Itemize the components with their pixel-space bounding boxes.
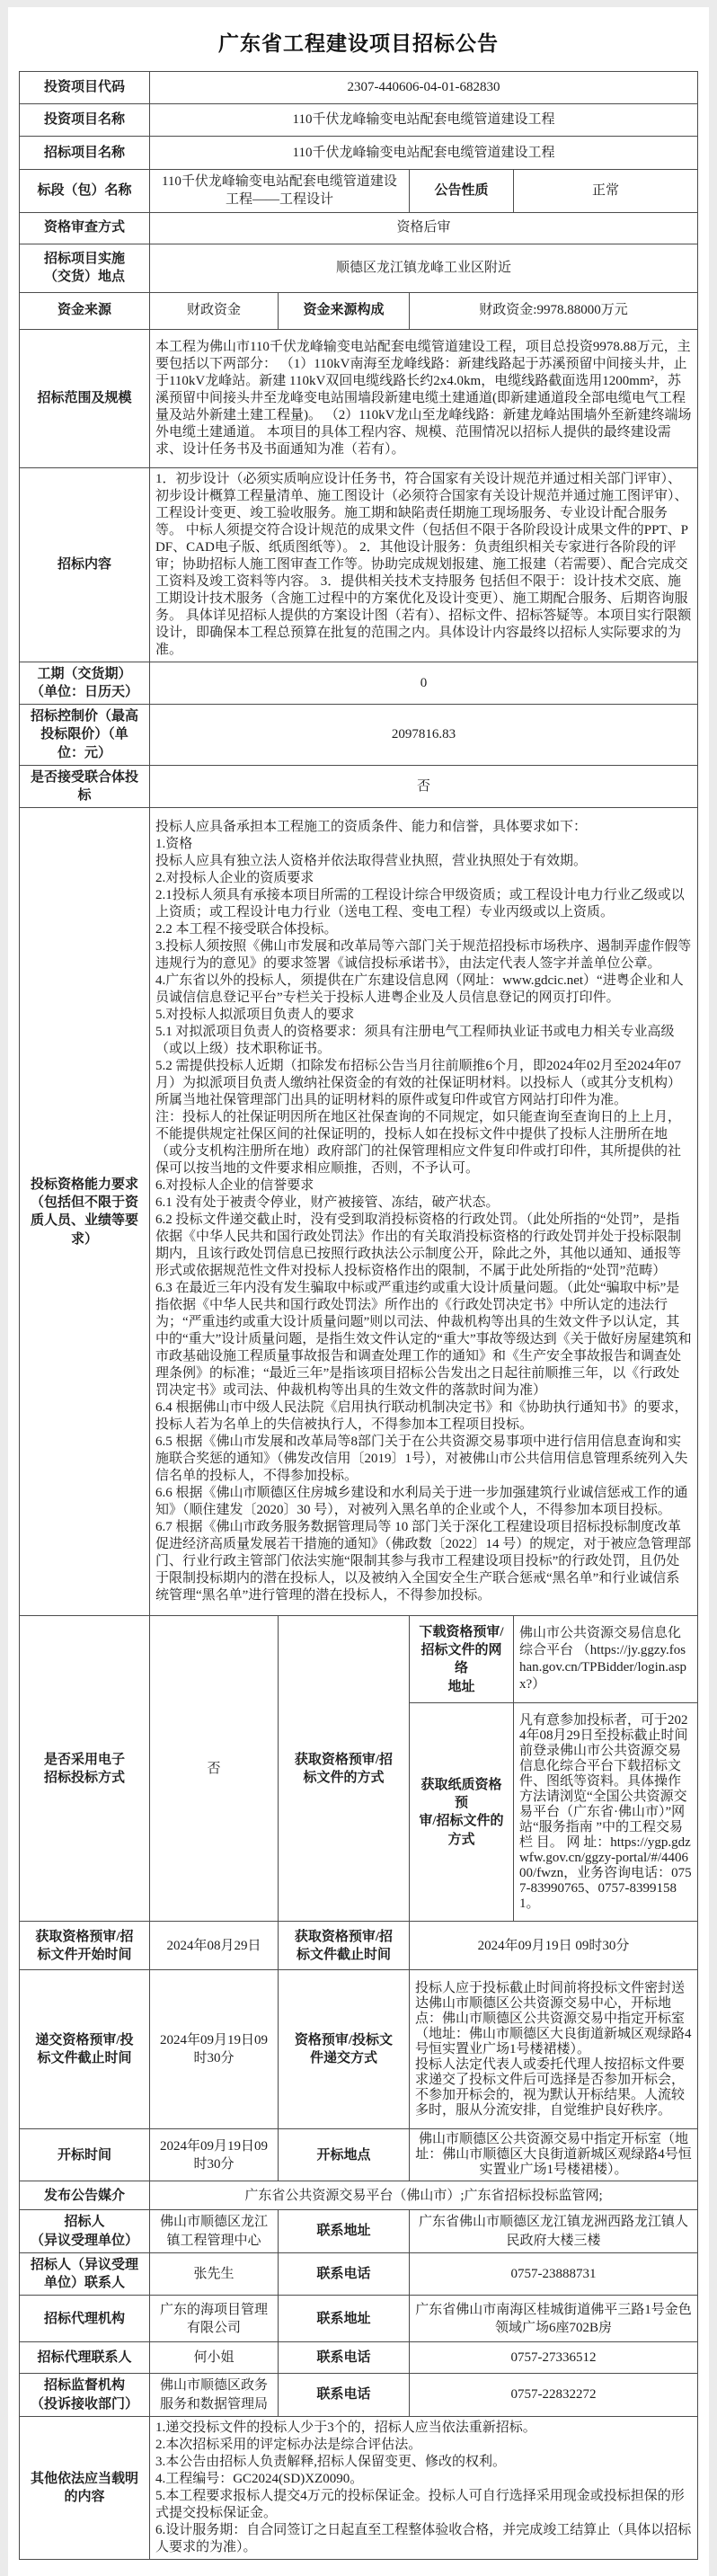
- value-funding-composition: 财政资金:9978.88000万元: [409, 292, 697, 329]
- announcement-page: 广东省工程建设项目招标公告 投资项目代码 2307-440606-04-01-6…: [8, 7, 709, 2576]
- label-opening-time: 开标时间: [19, 2129, 149, 2181]
- label-agency-contact: 招标代理联系人: [19, 2342, 149, 2374]
- label-download-url: 下载资格预审/ 招标文件的网络 地址: [409, 1616, 513, 1703]
- row-agency-contact: 招标代理联系人 何小姐 联系电话 0757-27336512: [19, 2342, 697, 2374]
- row-control-price: 招标控制价（最高 投标限价）（单 位：元） 2097816.83: [19, 705, 697, 766]
- value-location: 顺德区龙江镇龙峰工业区附近: [149, 244, 697, 292]
- value-scope: 本工程为佛山市110千伏龙峰输变电站配套电缆管道建设工程，项目总投资9978.8…: [149, 329, 697, 467]
- row-project-code: 投资项目代码 2307-440606-04-01-682830: [19, 72, 697, 104]
- label-funding-composition: 资金来源构成: [278, 292, 409, 329]
- label-obtain-end: 获取资格预审/招 标文件截止时间: [278, 1922, 409, 1970]
- row-scope: 招标范围及规模 本工程为佛山市110千伏龙峰输变电站配套电缆管道建设工程，项目总…: [19, 329, 697, 467]
- value-media: 广东省公共资源交易平台（佛山市）;广东省招标投标监管网;: [149, 2181, 697, 2210]
- value-invest-name: 110千伏龙峰输变电站配套电缆管道建设工程: [149, 104, 697, 137]
- label-invest-name: 投资项目名称: [19, 104, 149, 137]
- row-funding: 资金来源 财政资金 资金来源构成 财政资金:9978.88000万元: [19, 292, 697, 329]
- value-submit-method: 投标人应于投标截止时间前将投标文件密封送达佛山市顺德区公共资源交易中心，开标地点…: [409, 1970, 697, 2129]
- row-media: 发布公告媒介 广东省公共资源交易平台（佛山市）;广东省招标投标监管网;: [19, 2181, 697, 2210]
- value-supervisor-phone: 0757-22832272: [409, 2374, 697, 2417]
- row-content: 招标内容 1．初步设计（必须实质响应设计任务书，符合国家有关设计规范并通过相关部…: [19, 467, 697, 662]
- value-obtain-end: 2024年09月19日 09时30分: [409, 1922, 697, 1970]
- row-opening: 开标时间 2024年09月19日09时30分 开标地点 佛山市顺德区公共资源交易…: [19, 2129, 697, 2181]
- label-obtain-method: 获取资格预审/招 标文件的方式: [278, 1616, 409, 1922]
- row-tenderer: 招标人 （异议受理单位） 佛山市顺德区龙江镇工程管理中心 联系地址 广东省佛山市…: [19, 2210, 697, 2253]
- value-download-url: 佛山市公共资源交易信息化综合平台 （https://jy.ggzy.foshan…: [513, 1616, 697, 1703]
- label-tenderer-address: 联系地址: [278, 2210, 409, 2253]
- label-paper-method: 获取纸质资格预 审/招标文件的 方式: [409, 1703, 513, 1922]
- label-tenderer: 招标人 （异议受理单位）: [19, 2210, 149, 2253]
- value-agency-address: 广东省佛山市南海区桂城街道佛平三路1号金色领域广场6座702B房: [409, 2296, 697, 2342]
- row-other: 其他依法应当载明 的内容 1.递交投标文件的投标人少于3个的，招标人应当依法重新…: [19, 2416, 697, 2559]
- row-agency: 招标代理机构 广东的海项目管理有限公司 联系地址 广东省佛山市南海区桂城街道佛平…: [19, 2296, 697, 2342]
- value-notice-nature: 正常: [513, 170, 697, 213]
- value-opening-time: 2024年09月19日09时30分: [149, 2129, 278, 2181]
- value-submit-deadline: 2024年09月19日09时30分: [149, 1970, 278, 2129]
- row-section: 标段（包）名称 110千伏龙峰输变电站配套电缆管道建设工程——工程设计 公告性质…: [19, 170, 697, 213]
- label-submit-deadline: 递交资格预审/投 标文件截止时间: [19, 1970, 149, 2129]
- label-agency-phone: 联系电话: [278, 2342, 409, 2374]
- label-duration: 工期（交货期） （单位：日历天）: [19, 662, 149, 705]
- value-consortium: 否: [149, 765, 697, 808]
- value-control-price: 2097816.83: [149, 705, 697, 766]
- row-submit: 递交资格预审/投 标文件截止时间 2024年09月19日09时30分 资格预审/…: [19, 1970, 697, 2129]
- label-agency-address: 联系地址: [278, 2296, 409, 2342]
- row-invest-name: 投资项目名称 110千伏龙峰输变电站配套电缆管道建设工程: [19, 104, 697, 137]
- label-scope: 招标范围及规模: [19, 329, 149, 467]
- value-agency-phone: 0757-27336512: [409, 2342, 697, 2374]
- label-funding: 资金来源: [19, 292, 149, 329]
- label-location: 招标项目实施 （交货）地点: [19, 244, 149, 292]
- label-content: 招标内容: [19, 467, 149, 662]
- label-section: 标段（包）名称: [19, 170, 149, 213]
- row-qualification-req: 投标资格能力要求 （包括但不限于资 质人员、业绩等要 求） 投标人应具备承担本工…: [19, 808, 697, 1616]
- value-project-code: 2307-440606-04-01-682830: [149, 72, 697, 104]
- label-supervisor: 招标监督机构 （投诉接收部门）: [19, 2374, 149, 2417]
- row-supervisor: 招标监督机构 （投诉接收部门） 佛山市顺德区政务服务和数据管理局 联系电话 07…: [19, 2374, 697, 2417]
- label-submit-method: 资格预审/投标文 件递交方式: [278, 1970, 409, 2129]
- value-paper-method: 凡有意参加投标者，可于2024年08月29日至投标截止时间前登录佛山市公共资源交…: [513, 1703, 697, 1922]
- label-control-price: 招标控制价（最高 投标限价）（单 位：元）: [19, 705, 149, 766]
- value-tender-name: 110千伏龙峰输变电站配套电缆管道建设工程: [149, 137, 697, 170]
- label-qualification-req: 投标资格能力要求 （包括但不限于资 质人员、业绩等要 求）: [19, 808, 149, 1616]
- value-funding: 财政资金: [149, 292, 278, 329]
- value-agency: 广东的海项目管理有限公司: [149, 2296, 278, 2342]
- value-obtain-start: 2024年08月29日: [149, 1922, 278, 1970]
- value-tenderer-address: 广东省佛山市顺德区龙江镇龙洲西路龙江镇人民政府大楼三楼: [409, 2210, 697, 2253]
- row-qualification-method: 资格审查方式 资格后审: [19, 212, 697, 244]
- label-electronic: 是否采用电子 招标投标方式: [19, 1616, 149, 1922]
- value-opening-place: 佛山市顺德区公共资源交易中指定开标室（地址：佛山市顺德区大良街道新城区观绿路4号…: [409, 2129, 697, 2181]
- tender-announcement-table: 投资项目代码 2307-440606-04-01-682830 投资项目名称 1…: [19, 71, 698, 2560]
- label-consortium: 是否接受联合体投 标: [19, 765, 149, 808]
- page-title: 广东省工程建设项目招标公告: [8, 7, 709, 71]
- value-section: 110千伏龙峰输变电站配套电缆管道建设工程——工程设计: [149, 170, 409, 213]
- value-content: 1．初步设计（必须实质响应设计任务书，符合国家有关设计规范并通过相关部门评审）、…: [149, 467, 697, 662]
- label-opening-place: 开标地点: [278, 2129, 409, 2181]
- value-duration: 0: [149, 662, 697, 705]
- label-supervisor-phone: 联系电话: [278, 2374, 409, 2417]
- label-obtain-start: 获取资格预审/招 标文件开始时间: [19, 1922, 149, 1970]
- value-tenderer-contact: 张先生: [149, 2252, 278, 2296]
- label-tenderer-phone: 联系电话: [278, 2252, 409, 2296]
- label-qualification-method: 资格审查方式: [19, 212, 149, 244]
- label-tenderer-contact: 招标人（异议受理 单位）联系人: [19, 2252, 149, 2296]
- row-duration: 工期（交货期） （单位：日历天） 0: [19, 662, 697, 705]
- row-electronic-download: 是否采用电子 招标投标方式 否 获取资格预审/招 标文件的方式 下载资格预审/ …: [19, 1616, 697, 1703]
- label-project-code: 投资项目代码: [19, 72, 149, 104]
- label-media: 发布公告媒介: [19, 2181, 149, 2210]
- value-other: 1.递交投标文件的投标人少于3个的，招标人应当依法重新招标。 2.本次招标采用的…: [149, 2416, 697, 2559]
- value-qualification-req: 投标人应具备承担本工程施工的资质条件、能力和信誉，具体要求如下： 1.资格 投标…: [149, 808, 697, 1616]
- label-agency: 招标代理机构: [19, 2296, 149, 2342]
- row-obtain-time: 获取资格预审/招 标文件开始时间 2024年08月29日 获取资格预审/招 标文…: [19, 1922, 697, 1970]
- label-notice-nature: 公告性质: [409, 170, 513, 213]
- value-tenderer-phone: 0757-23888731: [409, 2252, 697, 2296]
- value-supervisor: 佛山市顺德区政务服务和数据管理局: [149, 2374, 278, 2417]
- label-other: 其他依法应当载明 的内容: [19, 2416, 149, 2559]
- label-tender-name: 招标项目名称: [19, 137, 149, 170]
- value-agency-contact: 何小姐: [149, 2342, 278, 2374]
- value-qualification-method: 资格后审: [149, 212, 697, 244]
- value-electronic: 否: [149, 1616, 278, 1922]
- row-consortium: 是否接受联合体投 标 否: [19, 765, 697, 808]
- row-tenderer-contact: 招标人（异议受理 单位）联系人 张先生 联系电话 0757-23888731: [19, 2252, 697, 2296]
- row-location: 招标项目实施 （交货）地点 顺德区龙江镇龙峰工业区附近: [19, 244, 697, 292]
- value-tenderer: 佛山市顺德区龙江镇工程管理中心: [149, 2210, 278, 2253]
- row-tender-name: 招标项目名称 110千伏龙峰输变电站配套电缆管道建设工程: [19, 137, 697, 170]
